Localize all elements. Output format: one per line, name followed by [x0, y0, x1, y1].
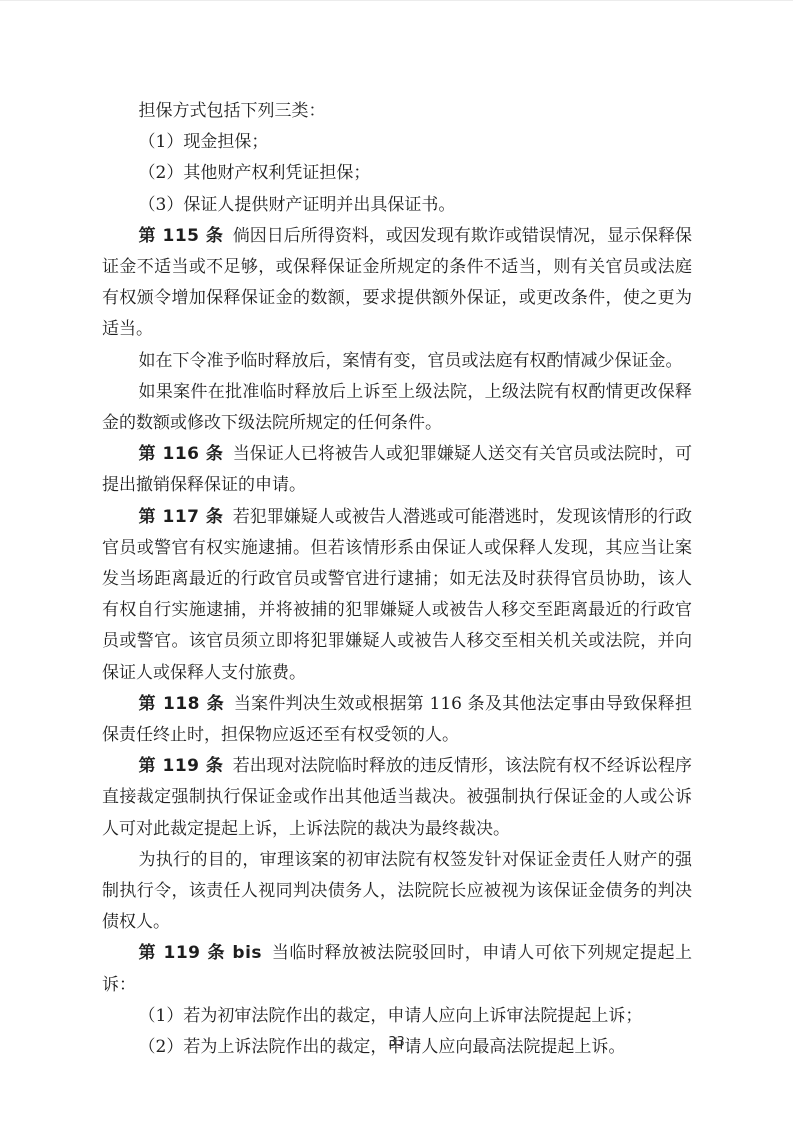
document-page: 担保方式包括下列三类：（1）现金担保；（2）其他财产权利凭证担保；（3）保证人提…	[0, 0, 793, 1122]
article-paragraph: 第 115 条倘因日后所得资料，或因发现有欺诈或错误情况，显示保释保证金不适当或…	[102, 221, 692, 346]
list-item: （3）保证人提供财产证明并出具保证书。	[102, 190, 692, 221]
article-number: 第 115 条	[139, 226, 224, 246]
body-paragraph: 为执行的目的，审理该案的初审法院有权签发针对保证金责任人财产的强制执行令，该责任…	[102, 845, 692, 939]
article-number: 第 116 条	[139, 444, 224, 464]
article-number: 第 119 条	[139, 756, 224, 776]
list-item: （1）现金担保；	[102, 127, 692, 158]
article-paragraph: 第 119 条 bis当临时释放被法院驳回时，申请人可依下列规定提起上诉：	[102, 938, 692, 1000]
article-paragraph: 第 118 条当案件判决生效或根据第 116 条及其他法定事由导致保释担保责任终…	[102, 689, 692, 751]
body-paragraph: 如在下令准予临时释放后，案情有变，官员或法庭有权酌情减少保证金。	[102, 346, 692, 377]
article-number: 第 119 条 bis	[139, 943, 263, 963]
article-paragraph: 第 119 条若出现对法院临时释放的违反情形，该法院有权不经诉讼程序直接裁定强制…	[102, 751, 692, 845]
body-paragraph: 如果案件在批准临时释放后上诉至上级法院，上级法院有权酌情更改保释金的数额或修改下…	[102, 377, 692, 439]
list-item: （2）其他财产权利凭证担保；	[102, 158, 692, 189]
list-item: （1）若为初审法院作出的裁定，申请人应向上诉审法院提起上诉；	[102, 1001, 692, 1032]
page-number: 33	[0, 1035, 793, 1050]
article-number: 第 118 条	[139, 694, 225, 714]
article-paragraph: 第 116 条当保证人已将被告人或犯罪嫌疑人送交有关官员或法院时，可提出撤销保释…	[102, 439, 692, 501]
document-body: 担保方式包括下列三类：（1）现金担保；（2）其他财产权利凭证担保；（3）保证人提…	[102, 96, 692, 1063]
article-number: 第 117 条	[139, 507, 224, 527]
body-paragraph: 担保方式包括下列三类：	[102, 96, 692, 127]
article-paragraph: 第 117 条若犯罪嫌疑人或被告人潜逃或可能潜逃时，发现该情形的行政官员或警官有…	[102, 502, 692, 689]
